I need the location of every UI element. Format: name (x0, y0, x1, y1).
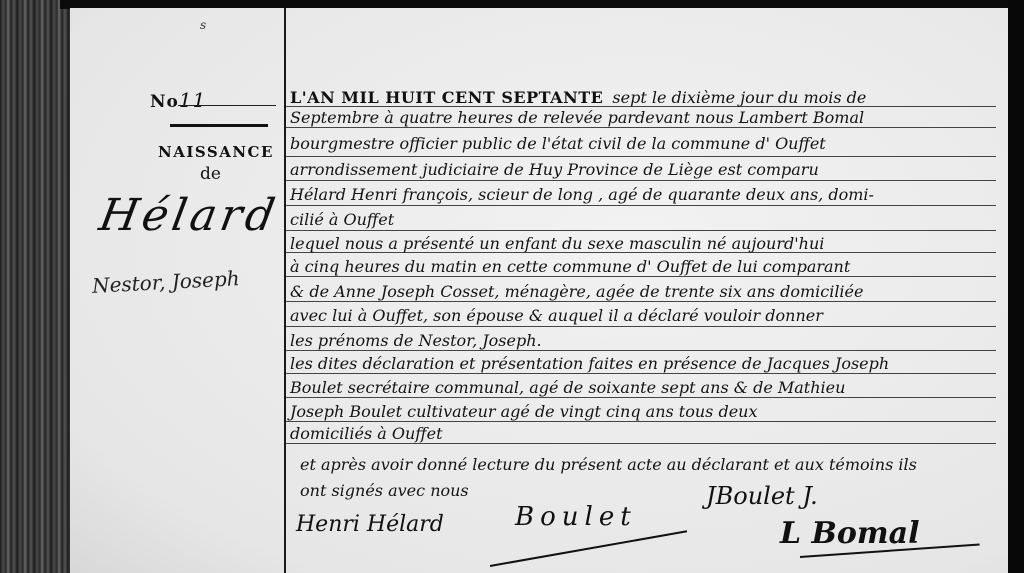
act-line-12: les dites déclaration et présentation fa… (290, 354, 889, 373)
ruled-line (286, 230, 996, 231)
act-line-7: lequel nous a présenté un enfant du sexe… (290, 234, 824, 253)
entry-number: No11 (150, 88, 206, 112)
signature-officer: L Bomal (780, 516, 919, 551)
act-line-3: bourgmestre officier public de l'état ci… (290, 134, 826, 153)
act-line-10: avec lui à Ouffet, son épouse & auquel i… (290, 306, 823, 325)
ruled-line (286, 180, 996, 181)
act-line-6: cilié à Ouffet (290, 210, 394, 229)
entry-number-underline (178, 105, 276, 106)
act-line-15: domiciliés à Ouffet (290, 424, 443, 443)
page-right-edge (1008, 0, 1024, 573)
ruled-line (286, 301, 996, 302)
ruled-line (286, 443, 996, 444)
margin-rule (170, 124, 268, 127)
ruled-line (286, 127, 996, 128)
entry-number-label: No (150, 92, 179, 112)
ruled-line (286, 156, 996, 157)
signature-declarant: Henri Hélard (296, 512, 444, 537)
act-line-5: Hélard Henri françois, scieur de long , … (290, 185, 874, 204)
book-binding (0, 0, 72, 573)
ruled-line (286, 373, 996, 374)
entry-de: de (200, 164, 221, 184)
act-line-16: et après avoir donné lecture du présent … (300, 455, 917, 474)
margin-surname: Hélard (96, 190, 283, 241)
act-line-9: & de Anne Joseph Cosset, ménagère, agée … (290, 282, 863, 301)
ruled-line (286, 421, 996, 422)
handwritten-text: sept le dixième jour du mois de (612, 88, 866, 107)
signature-witness-1: Boulet (515, 502, 637, 532)
entry-title: NAISSANCE (158, 143, 274, 161)
signature-witness-2: JBoulet J. (706, 482, 818, 510)
act-line-14: Joseph Boulet cultivateur agé de vingt c… (290, 402, 758, 421)
act-line-17: ont signés avec nous (300, 481, 469, 500)
act-line-13: Boulet secrétaire communal, agé de soixa… (290, 378, 845, 397)
stray-mark: s (200, 18, 206, 32)
ruled-line (286, 350, 996, 351)
printed-year-header: L'AN MIL HUIT CENT SEPTANTE (290, 88, 603, 107)
act-line-11: les prénoms de Nestor, Joseph. (290, 331, 542, 350)
ruled-line (286, 205, 996, 206)
act-line-8: à cinq heures du matin en cette commune … (290, 257, 850, 276)
ruled-line (286, 326, 996, 327)
act-line-4: arrondissement judiciaire de Huy Provinc… (290, 160, 819, 179)
ruled-line (286, 397, 996, 398)
margin-divider (284, 8, 286, 573)
ruled-line (286, 276, 996, 277)
entry-number-value: 11 (179, 88, 206, 112)
act-line-2: Septembre à quatre heures de relevée par… (290, 108, 864, 127)
act-line-1: L'AN MIL HUIT CENT SEPTANTE sept le dixi… (290, 88, 866, 107)
